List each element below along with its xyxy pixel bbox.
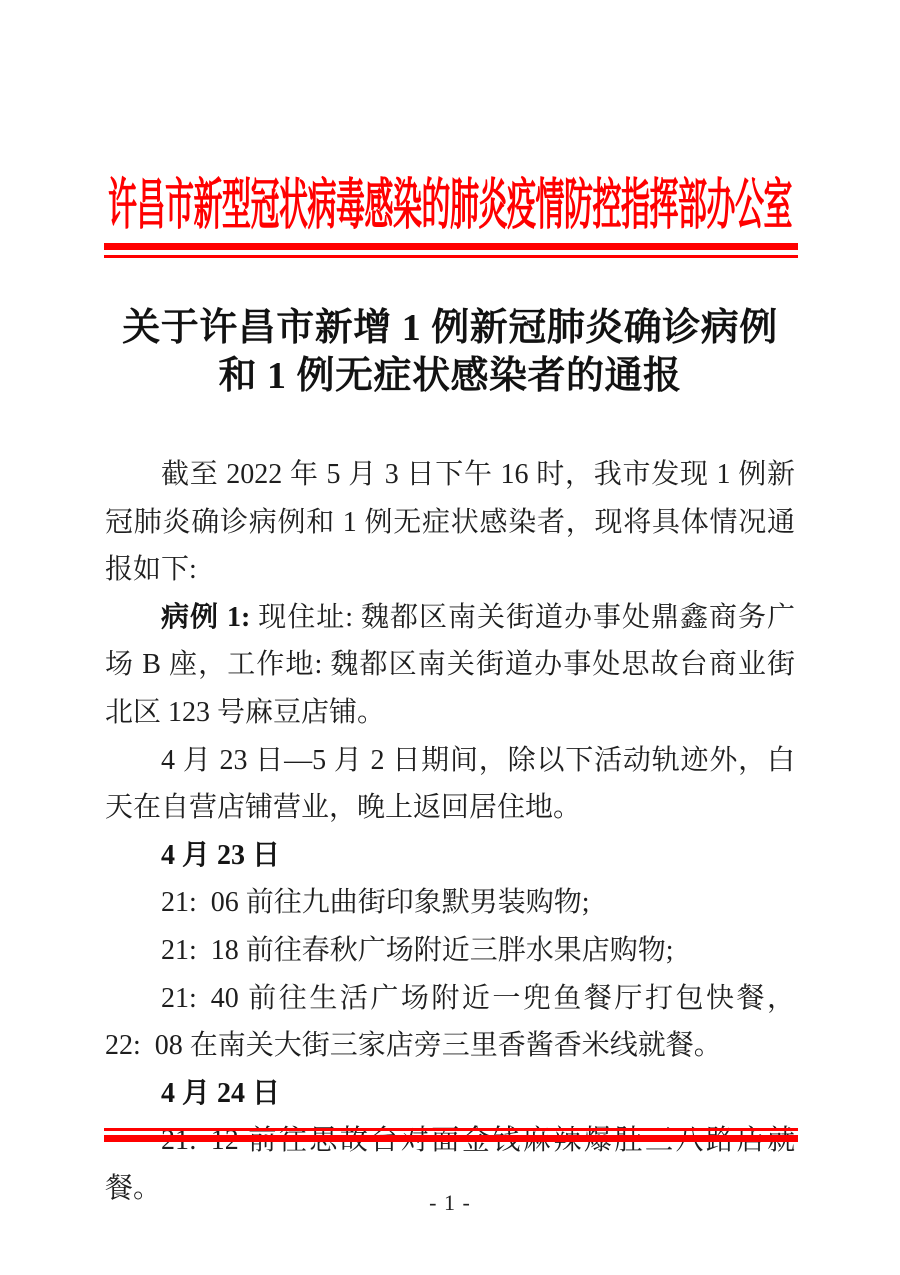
body-paragraph-intro: 截至 2022 年 5 月 3 日下午 16 时，我市发现 1 例新冠肺炎确诊病…	[105, 451, 795, 594]
paragraph-text: 21: 40 前往生活广场附近一兜鱼餐厅打包快餐，22: 08 在南关大街三家店…	[105, 983, 795, 1062]
document-title: 关于许昌市新增 1 例新冠肺炎确诊病例 和 1 例无症状感染者的通报	[105, 304, 795, 400]
body-paragraph-track: 21: 18 前往春秋广场附近三胖水果店购物;	[105, 927, 795, 975]
document-title-line2: 和 1 例无症状感染者的通报	[105, 352, 795, 400]
paragraph-bold-lead: 病例 1:	[161, 602, 250, 633]
paragraph-text: 21: 06 前往九曲街印象默男装购物;	[161, 887, 590, 918]
body-paragraph-track: 21: 40 前往生活广场附近一兜鱼餐厅打包快餐，22: 08 在南关大街三家店…	[105, 975, 795, 1070]
body-paragraph-track: 21: 06 前往九曲街印象默男装购物;	[105, 879, 795, 927]
document-title-line1: 关于许昌市新增 1 例新冠肺炎确诊病例	[105, 304, 795, 352]
letterhead: 许昌市新型冠状病毒感染的肺炎疫情防控指挥部办公室	[105, 170, 795, 232]
body-paragraph-date-apr23: 4 月 23 日	[105, 832, 795, 880]
letterhead-divider-thin	[104, 255, 798, 258]
page-number: - 1 -	[0, 1190, 900, 1216]
letterhead-org-name: 许昌市新型冠状病毒感染的肺炎疫情防控指挥部办公室	[108, 162, 792, 240]
document-body: 截至 2022 年 5 月 3 日下午 16 时，我市发现 1 例新冠肺炎确诊病…	[105, 451, 795, 1213]
paragraph-text: 4 月 23 日—5 月 2 日期间，除以下活动轨迹外，白天在自营店铺营业，晚上…	[105, 745, 795, 824]
paragraph-bold-lead: 4 月 23 日	[161, 840, 280, 871]
paragraph-bold-lead: 4 月 24 日	[161, 1078, 280, 1109]
letterhead-divider-thick	[104, 243, 798, 250]
footer-divider-thick	[104, 1135, 798, 1142]
body-paragraph-period: 4 月 23 日—5 月 2 日期间，除以下活动轨迹外，白天在自营店铺营业，晚上…	[105, 737, 795, 832]
body-paragraph-case1: 病例 1: 现住址: 魏都区南关街道办事处鼎鑫商务广场 B 座，工作地: 魏都区…	[105, 594, 795, 737]
document-page: 许昌市新型冠状病毒感染的肺炎疫情防控指挥部办公室 关于许昌市新增 1 例新冠肺炎…	[0, 0, 900, 1275]
paragraph-text: 截至 2022 年 5 月 3 日下午 16 时，我市发现 1 例新冠肺炎确诊病…	[105, 459, 795, 585]
footer-divider-thin	[104, 1128, 798, 1131]
body-paragraph-date-apr24: 4 月 24 日	[105, 1070, 795, 1118]
paragraph-text: 21: 18 前往春秋广场附近三胖水果店购物;	[161, 935, 674, 966]
